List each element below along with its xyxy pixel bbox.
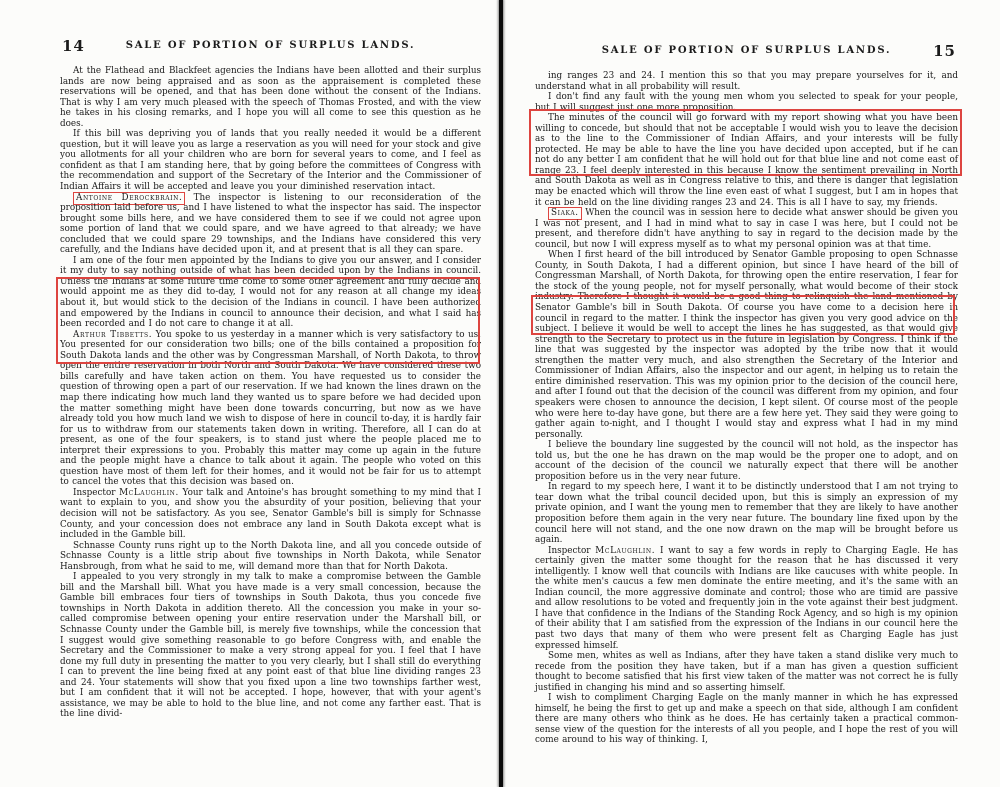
page-header: SALE OF PORTION OF SURPLUS LANDS. 15 (535, 45, 958, 61)
paragraph: ing ranges 23 and 24. I mention this so … (535, 71, 958, 92)
paragraph: When I first heard of the bill introduce… (535, 250, 958, 440)
page-15: SALE OF PORTION OF SURPLUS LANDS. 15 ing… (535, 45, 958, 746)
page-body: At the Flathead and Blackfeet agencies t… (60, 66, 481, 720)
paragraph: Inspector McLaughlin. Your talk and Anto… (60, 488, 481, 541)
speaker-name-highlighted: Siaka. (548, 207, 582, 220)
page-number: 15 (933, 42, 956, 60)
running-header: SALE OF PORTION OF SURPLUS LANDS. (535, 45, 958, 56)
speaker-name: McLaughlin. (119, 488, 179, 498)
paragraph: Antoine Derockbrain. The inspector is li… (60, 193, 481, 256)
paragraph: If this bill was depriving you of lands … (60, 129, 481, 192)
paragraph: At the Flathead and Blackfeet agencies t… (60, 66, 481, 129)
paragraph: Inspector McLaughlin. I want to say a fe… (535, 546, 958, 651)
running-header: SALE OF PORTION OF SURPLUS LANDS. (60, 40, 481, 51)
paragraph: Arthur Tibbetts. You spoke to us yesterd… (60, 330, 481, 488)
paragraph: I am one of the four men appointed by th… (60, 256, 481, 330)
book-gutter-line (499, 0, 503, 787)
page-body: ing ranges 23 and 24. I mention this so … (535, 71, 958, 746)
speaker-name-highlighted: Antoine Derockbrain. (73, 192, 185, 205)
speaker-prefix: Inspector (548, 546, 595, 556)
page-header: 14 SALE OF PORTION OF SURPLUS LANDS. (60, 40, 481, 56)
paragraph: Schnasse County runs right up to the Nor… (60, 541, 481, 573)
speaker-name: Arthur Tibbetts. (73, 330, 152, 340)
scanned-book-spread: 14 SALE OF PORTION OF SURPLUS LANDS. At … (0, 0, 1000, 787)
paragraph: Siaka. When the council was in session h… (535, 208, 958, 250)
page-number: 14 (62, 37, 85, 55)
page-14: 14 SALE OF PORTION OF SURPLUS LANDS. At … (60, 40, 481, 720)
paragraph: I wish to compliment Charging Eagle on t… (535, 693, 958, 746)
paragraph: I appealed to you very strongly in my ta… (60, 572, 481, 720)
paragraph: I believe the boundary line suggested by… (535, 440, 958, 482)
paragraph: Some men, whites as well as Indians, aft… (535, 651, 958, 693)
paragraph: The minutes of the council will go forwa… (535, 113, 958, 208)
speaker-name: McLaughlin. (595, 546, 655, 556)
paragraph: I don't find any fault with the young me… (535, 92, 958, 113)
paragraph: In regard to my speech here, I want it t… (535, 482, 958, 545)
speaker-prefix: Inspector (73, 488, 119, 498)
